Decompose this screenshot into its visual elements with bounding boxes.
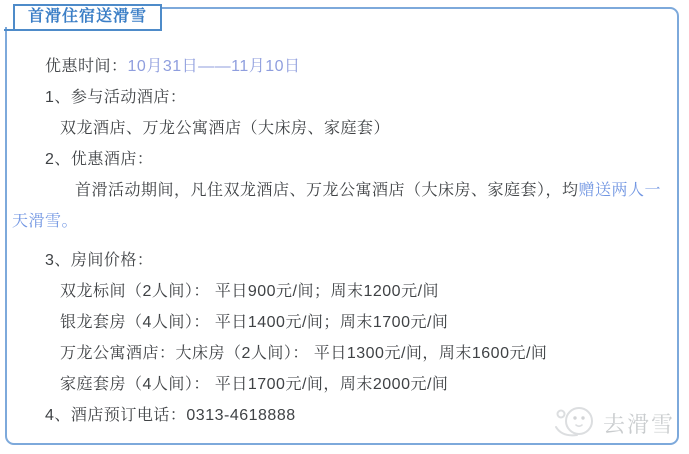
section2-paragraph-line1: 首滑活动期间，凡住双龙酒店、万龙公寓酒店（大床房、家庭套），均赠送两人一 <box>7 175 675 206</box>
section2-paragraph-line2: 天滑雪。 <box>7 206 675 237</box>
price-line: 万龙公寓酒店：大床房（2人间）： 平日1300元/间，周末1600元/间 <box>7 338 675 369</box>
section2-highlight-end: 天滑雪。 <box>12 213 78 230</box>
promo-time-line: 优惠时间：10月31日——11月10日 <box>7 51 675 82</box>
watermark-text: 去滑雪 <box>603 408 675 439</box>
promo-content: 优惠时间：10月31日——11月10日 1、参与活动酒店： 双龙酒店、万龙公寓酒… <box>7 9 675 431</box>
section1-detail: 双龙酒店、万龙公寓酒店（大床房、家庭套） <box>7 113 675 144</box>
price-line: 银龙套房（4人间）： 平日1400元/间；周末1700元/间 <box>7 307 675 338</box>
section2-title: 2、优惠酒店： <box>7 144 675 175</box>
price-line: 双龙标间（2人间）： 平日900元/间；周末1200元/间 <box>7 276 675 307</box>
section2-highlight-start: 赠送两人一 <box>579 182 662 199</box>
promo-time-label: 优惠时间： <box>45 58 128 75</box>
watermark: 去滑雪 <box>552 401 675 445</box>
phone-label: 4、酒店预订电话： <box>45 407 186 424</box>
panel-title: 首滑住宿送滑雪 <box>28 8 147 25</box>
tab-border-connector <box>4 29 15 31</box>
panel-title-tab: 首滑住宿送滑雪 <box>13 4 162 31</box>
section2-text: 首滑活动期间，凡住双龙酒店、万龙公寓酒店（大床房、家庭套），均 <box>75 182 579 199</box>
section1-title: 1、参与活动酒店： <box>7 82 675 113</box>
section3-title: 3、房间价格： <box>7 245 675 276</box>
price-line: 家庭套房（4人间）： 平日1700元/间，周末2000元/间 <box>7 369 675 400</box>
promo-time-value: 10月31日——11月10日 <box>128 58 301 75</box>
skier-logo-icon <box>552 401 598 445</box>
phone-number: 0313-4618888 <box>186 407 295 424</box>
